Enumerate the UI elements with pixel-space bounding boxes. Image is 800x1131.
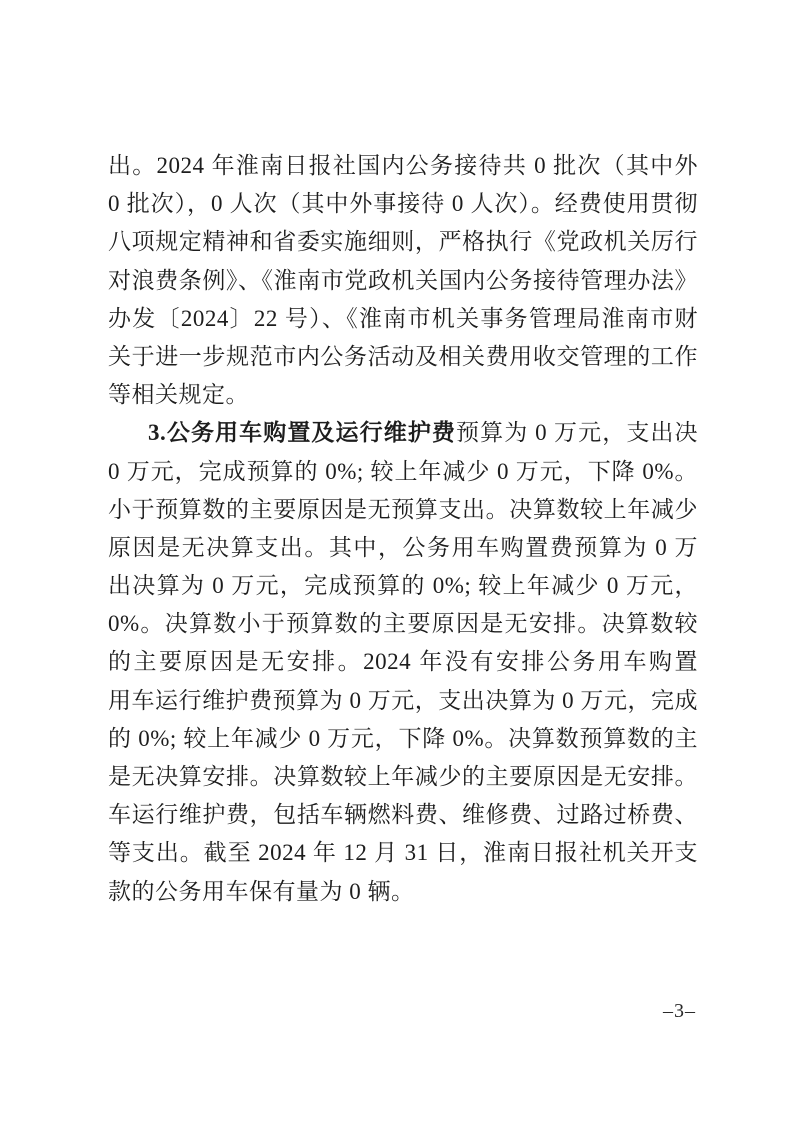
text-line: 对浪费条例》、《淮南市党政机关国内公务接待管理办法》（淮 [108, 262, 698, 300]
text-line: 0%。决算数小于预算数的主要原因是无安排。决算数较上年减少 [108, 605, 698, 643]
text-line: 车运行维护费，包括车辆燃料费、维修费、过路过桥费、保险费 [108, 796, 698, 834]
text-line: 原因是无决算支出。其中，公务用车购置费预算为 0 万元，支 [108, 529, 698, 567]
text-line: 0 批次），0 人次（其中外事接待 0 人次）。经费使用贯彻中央 [108, 185, 698, 223]
document-page: 出。2024 年淮南日报社国内公务接待共 0 批次（其中外事接待0 批次），0 … [0, 0, 800, 1131]
text-line: 等相关规定。 [108, 376, 698, 414]
text-line: 出。2024 年淮南日报社国内公务接待共 0 批次（其中外事接待 [108, 147, 698, 185]
text-line: 关于进一步规范市内公务活动及相关费用收交管理的工作提示》 [108, 338, 698, 376]
text-line: 的 0%; 较上年减少 0 万元，下降 0%。决算数预算数的主要原因 [108, 720, 698, 758]
text-line: 八项规定精神和省委实施细则，严格执行《党政机关厉行节约反 [108, 223, 698, 261]
text-line: 3.公务用车购置及运行维护费预算为 0 万元，支出决算为 [108, 414, 698, 452]
text-line: 0 万元，完成预算的 0%; 较上年减少 0 万元，下降 0%。决算数 [108, 453, 698, 491]
bold-heading-run: 3.公务用车购置及运行维护费 [148, 420, 456, 445]
text-line: 是无决算安排。决算数较上年减少的主要原因是无安排。公务用 [108, 758, 698, 796]
text-line: 用车运行维护费预算为 0 万元，支出决算为 0 万元，完成预算 [108, 682, 698, 720]
text-line: 的主要原因是无安排。2024 年没有安排公务用车购置费。公务 [108, 643, 698, 681]
text-line: 出决算为 0 万元，完成预算的 0%; 较上年减少 0 万元，下降 [108, 567, 698, 605]
page-number: –3– [663, 999, 696, 1023]
text-line: 办发〔2024〕22 号）、《淮南市机关事务管理局淮南市财政局 [108, 300, 698, 338]
para-vehicle-expense: 3.公务用车购置及运行维护费预算为 0 万元，支出决算为0 万元，完成预算的 0… [108, 414, 698, 910]
text-line: 等支出。截至 2024 年 12 月 31 日，淮南日报社机关开支财政拨 [108, 834, 698, 872]
text-block: 出。2024 年淮南日报社国内公务接待共 0 批次（其中外事接待0 批次），0 … [108, 147, 698, 911]
para-official-reception: 出。2024 年淮南日报社国内公务接待共 0 批次（其中外事接待0 批次），0 … [108, 147, 698, 414]
text-line: 小于预算数的主要原因是无预算支出。决算数较上年减少的主要 [108, 491, 698, 529]
text-line: 款的公务用车保有量为 0 辆。 [108, 873, 698, 911]
